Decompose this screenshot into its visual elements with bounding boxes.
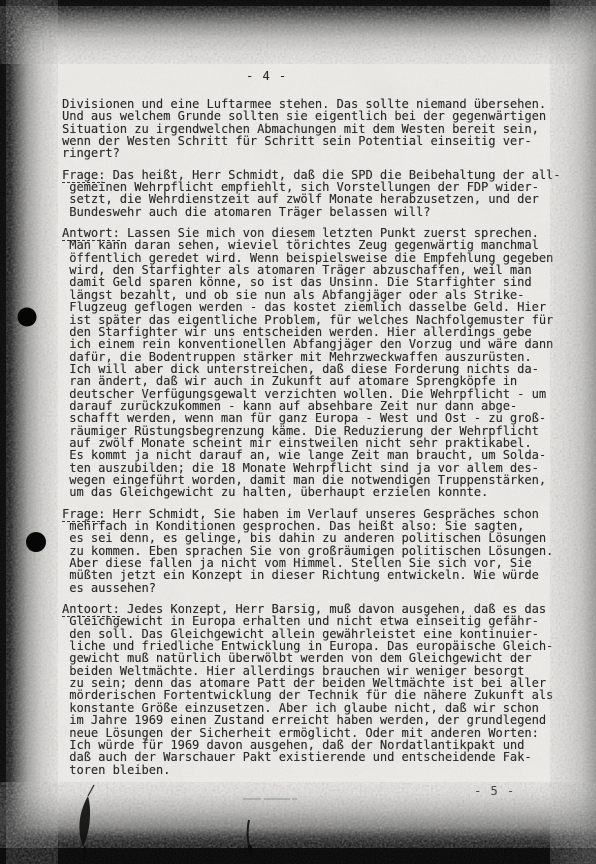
text-line: damit Geld sparen könne, so ist das Unsi… — [62, 276, 567, 288]
continuation-paragraph: Divisionen und eine Luftarmee stehen. Da… — [62, 98, 567, 160]
document-body: Divisionen und eine Luftarmee stehen. Da… — [62, 98, 567, 785]
text-line: setzt, die Wehrdienstzeit auf zwölf Mona… — [62, 193, 567, 205]
qa-paragraph: Frage: Herr Schmidt, Sie haben im Verlau… — [62, 508, 567, 594]
text-line: Man kann daran sehen, wieviel törichtes … — [62, 239, 567, 251]
text-line: neue Lösungen der Sicherheit ermöglicht.… — [62, 727, 567, 739]
text-line: ist später das eigentliche Problem, für … — [62, 314, 567, 326]
paragraph-list: Divisionen und eine Luftarmee stehen. Da… — [62, 98, 567, 776]
text-line: müßten jetzt ein Konzept in dieser Richt… — [62, 569, 567, 581]
text-line: daß auch der Warschauer Pakt existierend… — [62, 751, 567, 763]
text-line: im Jahre 1969 einen Zustand erreicht hab… — [62, 714, 567, 726]
text-line: Flugzeug geflogen werden - das kostet zi… — [62, 301, 567, 313]
text-line: um das Gleichgewicht zu halten, überhaup… — [62, 486, 567, 498]
text-line: Bundeswehr auch die atomaren Träger bela… — [62, 206, 567, 218]
text-line: gewicht muß natürlich überwölbt werden v… — [62, 652, 567, 664]
text-line: toren bleiben. — [62, 764, 567, 776]
qa-paragraph: Frage: Das heißt, Herr Schmidt, daß die … — [62, 169, 567, 218]
text-line: Und aus welchem Grunde sollten sie eigen… — [62, 110, 567, 122]
text-line: es sei denn, es gelinge, bis dahin zu an… — [62, 532, 567, 544]
text-line: ringert? — [62, 147, 567, 159]
text-line: wenn der Westen Schritt für Schritt sein… — [62, 135, 567, 147]
qa-paragraph: Antoort: Jedes Konzept, Herr Barsig, muß… — [62, 603, 567, 776]
text-line: ich einem rein konventionellen Abfangjäg… — [62, 338, 567, 350]
footer-page-number: - 5 - — [474, 784, 515, 798]
text-line: mörderischen Fortentwicklung der Technik… — [62, 689, 567, 701]
header-page-number: - 4 - — [246, 69, 287, 83]
text-line: Es kommt ja nicht darauf an, wie lange Z… — [62, 449, 567, 461]
text-line: Gleichgewicht in Europa erhalten und nic… — [62, 615, 567, 627]
qa-paragraph: Antwort: Lassen Sie mich von diesem letz… — [62, 227, 567, 499]
text-line: schafft werden, wenn man für ganz Europa… — [62, 412, 567, 424]
text-line: es aussehen? — [62, 582, 567, 594]
text-line: ran ändert, daß wir auch in Zukunft auf … — [62, 375, 567, 387]
scanned-document-page: - 4 - Divisionen und eine Luftarmee steh… — [0, 0, 596, 864]
